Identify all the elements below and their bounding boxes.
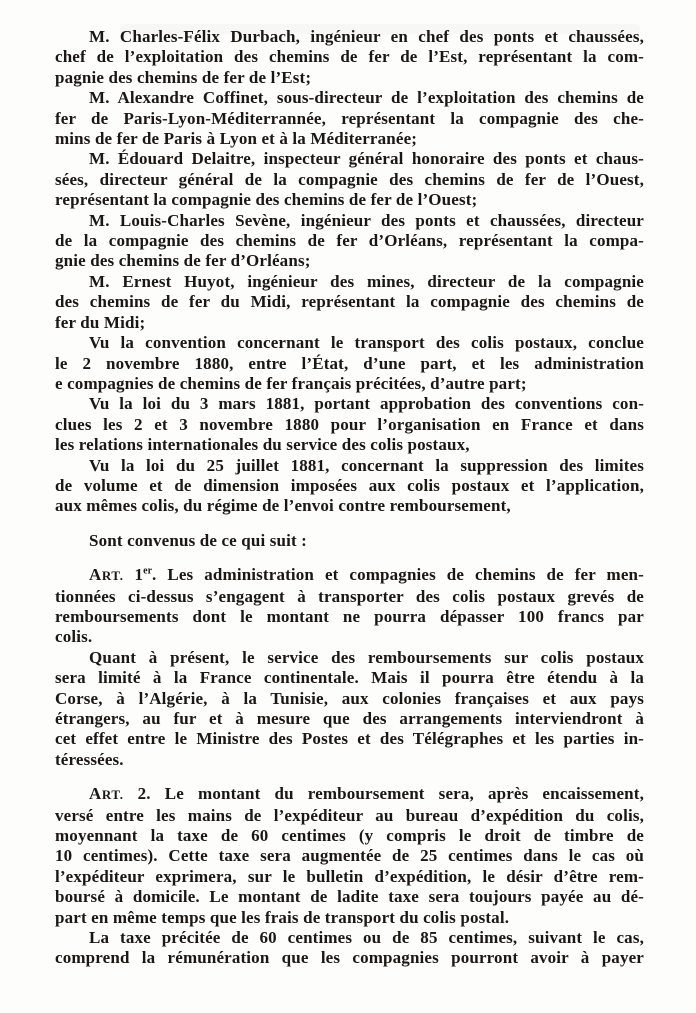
text-line-content: Vu la loi du 25 juillet 1881, concernant…	[89, 456, 644, 475]
text-line-content: M. Louis-Charles Sevène, ingénieur des p…	[89, 211, 644, 230]
party-sevene: M. Louis-Charles Sevène, ingénieur des p…	[55, 211, 644, 272]
text-line: e compagnies de chemins de fer français …	[55, 374, 644, 394]
text-line: Corse, à l’Algérie, à la Tunisie, aux co…	[55, 689, 644, 709]
text-line: ART. 2. Le montant du remboursement sera…	[55, 784, 644, 805]
text-line: boursé à domicile. Le montant de ladite …	[55, 887, 644, 907]
text-line-content: 10 centimes). Cette taxe sera augmentée …	[55, 846, 644, 865]
text-line: Sont convenus de ce qui suit :	[55, 531, 644, 551]
text-line: ART. 1er. Les administration et compagni…	[55, 565, 644, 586]
text-line-content: sées, directeur général de la compagnie …	[55, 170, 644, 189]
article-label-smallcaps: RT.	[102, 787, 124, 802]
text-line: M. Louis-Charles Sevène, ingénieur des p…	[55, 211, 644, 231]
text-line: moyennant la taxe de 60 centimes (y comp…	[55, 826, 644, 846]
text-line: téressées.	[55, 750, 644, 770]
text-line-content: de la compagnie des chemins de fer d’Orl…	[55, 231, 644, 250]
text-line-content: Vu la convention concernant le transport…	[89, 333, 644, 352]
text-line: part en même temps que les frais de tran…	[55, 908, 644, 928]
text-line: chef de l’exploitation des chemins de fe…	[55, 47, 644, 67]
text-line: les relations internationales du service…	[55, 435, 644, 455]
text-line-content: boursé à domicile. Le montant de ladite …	[55, 887, 644, 906]
text-line: fer du Midi;	[55, 313, 644, 333]
text-line: M. Alexandre Coffinet, sous-directeur de…	[55, 88, 644, 108]
article-2: ART. 2. Le montant du remboursement sera…	[55, 784, 644, 928]
text-line-content: remboursements dont le montant ne pourra…	[55, 607, 644, 626]
document-body: M. Charles-Félix Durbach, ingénieur en c…	[55, 27, 644, 969]
recital-loi-3-mars-1881: Vu la loi du 3 mars 1881, portant approb…	[55, 394, 644, 455]
party-delaitre: M. Édouard Delaitre, inspecteur général …	[55, 149, 644, 210]
article-number-ordinal: er	[143, 566, 152, 577]
text-line-content: aux mêmes colis, du régime de l’envoi co…	[55, 496, 511, 515]
text-line: M. Édouard Delaitre, inspecteur général …	[55, 149, 644, 169]
text-line: sées, directeur général de la compagnie …	[55, 170, 644, 190]
text-line-content: part en même temps que les frais de tran…	[55, 908, 509, 927]
text-line: Vu la convention concernant le transport…	[55, 333, 644, 353]
text-line-content: La taxe précitée de 60 centimes ou de 85…	[89, 928, 644, 947]
text-line-content: Quant à présent, le service des rembours…	[89, 648, 644, 667]
text-line-content: les relations internationales du service…	[55, 435, 470, 454]
text-line-content: M. Charles-Félix Durbach, ingénieur en c…	[89, 27, 644, 46]
text-line: versé entre les mains de l’expéditeur au…	[55, 806, 644, 826]
text-line: comprend la rémunération que les compagn…	[55, 948, 644, 968]
text-line-content: e compagnies de chemins de fer français …	[55, 374, 527, 393]
text-line: le 2 novembre 1880, entre l’État, d’une …	[55, 354, 644, 374]
text-line-content: moyennant la taxe de 60 centimes (y comp…	[55, 826, 644, 845]
text-line-content: M. Édouard Delaitre, inspecteur général …	[89, 149, 644, 168]
text-line-content: étrangers, au fur et à mesure que des ar…	[55, 709, 644, 728]
text-line-content: sera limité à la France continentale. Ma…	[55, 668, 644, 687]
text-line: de volume et de dimension imposées aux c…	[55, 476, 644, 496]
agreement-clause: Sont convenus de ce qui suit :	[55, 531, 644, 551]
text-line-content: M. Ernest Huyot, ingénieur des mines, di…	[89, 272, 644, 291]
text-line: gnie des chemins de fer d’Orléans;	[55, 251, 644, 271]
text-line-content: Sont convenus de ce qui suit :	[89, 531, 307, 550]
text-line: tionnées ci-dessus s’engagent à transpor…	[55, 587, 644, 607]
text-line: Vu la loi du 3 mars 1881, portant approb…	[55, 394, 644, 414]
text-line: sera limité à la France continentale. Ma…	[55, 668, 644, 688]
text-line: 10 centimes). Cette taxe sera augmentée …	[55, 846, 644, 866]
text-line-content: Les administration et compagnies de chem…	[167, 565, 644, 584]
text-line-content: clues les 2 et 3 novembre 1880 pour l’or…	[55, 415, 644, 434]
text-line-content: gnie des chemins de fer d’Orléans;	[55, 251, 311, 270]
party-durbach: M. Charles-Félix Durbach, ingénieur en c…	[55, 27, 644, 88]
text-line-content: Le montant du remboursement sera, après …	[165, 784, 644, 803]
article-2-continuation: La taxe précitée de 60 centimes ou de 85…	[55, 928, 644, 969]
text-line: La taxe précitée de 60 centimes ou de 85…	[55, 928, 644, 948]
text-line: M. Ernest Huyot, ingénieur des mines, di…	[55, 272, 644, 292]
text-line-content: tionnées ci-dessus s’engagent à transpor…	[55, 587, 644, 606]
text-line: Vu la loi du 25 juillet 1881, concernant…	[55, 456, 644, 476]
text-line-content: cet effet entre le Ministre des Postes e…	[55, 729, 644, 748]
article-1: ART. 1er. Les administration et compagni…	[55, 565, 644, 648]
text-line-content: colis.	[55, 627, 92, 646]
scanned-document-page: M. Charles-Félix Durbach, ingénieur en c…	[0, 0, 696, 1013]
text-line: l’expéditeur exprimera, sur le bulletin …	[55, 867, 644, 887]
text-line: représentant la compagnie des chemins de…	[55, 190, 644, 210]
text-line-content: téressées.	[55, 750, 124, 769]
party-coffinet: M. Alexandre Coffinet, sous-directeur de…	[55, 88, 644, 149]
text-line: pagnie des chemins de fer de l’Est;	[55, 68, 644, 88]
text-line: étrangers, au fur et à mesure que des ar…	[55, 709, 644, 729]
text-line: mins de fer de Paris à Lyon et à la Médi…	[55, 129, 644, 149]
recital-convention-2-novembre-1880: Vu la convention concernant le transport…	[55, 333, 644, 394]
article-1-continuation: Quant à présent, le service des rembours…	[55, 648, 644, 770]
text-line: aux mêmes colis, du régime de l’envoi co…	[55, 496, 644, 516]
text-line-content: comprend la rémunération que les compagn…	[55, 948, 644, 967]
text-line-content: fer de Paris-Lyon-Méditerrannée, représe…	[55, 109, 644, 128]
article-label: ART.	[89, 784, 124, 803]
text-line-content: pagnie des chemins de fer de l’Est;	[55, 68, 311, 87]
text-line: de la compagnie des chemins de fer d’Orl…	[55, 231, 644, 251]
text-line-content: chef de l’exploitation des chemins de fe…	[55, 47, 644, 66]
text-line-content: représentant la compagnie des chemins de…	[55, 190, 477, 209]
text-line-content: fer du Midi;	[55, 313, 145, 332]
text-line-content: l’expéditeur exprimera, sur le bulletin …	[55, 867, 644, 886]
text-line-content: versé entre les mains de l’expéditeur au…	[55, 806, 644, 825]
recital-loi-25-juillet-1881: Vu la loi du 25 juillet 1881, concernant…	[55, 456, 644, 517]
article-label: ART.	[89, 565, 124, 584]
text-line-content: Vu la loi du 3 mars 1881, portant approb…	[89, 394, 644, 413]
party-huyot: M. Ernest Huyot, ingénieur des mines, di…	[55, 272, 644, 333]
text-line-content: Corse, à l’Algérie, à la Tunisie, aux co…	[55, 689, 644, 708]
text-line-content: de volume et de dimension imposées aux c…	[55, 476, 644, 495]
text-line-content: mins de fer de Paris à Lyon et à la Médi…	[55, 129, 417, 148]
text-line-content: le 2 novembre 1880, entre l’État, d’une …	[55, 354, 644, 373]
text-line-content: des chemins de fer du Midi, représentant…	[55, 292, 644, 311]
text-line: cet effet entre le Ministre des Postes e…	[55, 729, 644, 749]
text-line: M. Charles-Félix Durbach, ingénieur en c…	[55, 27, 644, 47]
text-line: fer de Paris-Lyon-Méditerrannée, représe…	[55, 109, 644, 129]
text-line: clues les 2 et 3 novembre 1880 pour l’or…	[55, 415, 644, 435]
text-line-content: M. Alexandre Coffinet, sous-directeur de…	[89, 88, 644, 107]
article-label-smallcaps: RT.	[102, 568, 124, 583]
text-line: des chemins de fer du Midi, représentant…	[55, 292, 644, 312]
text-line: colis.	[55, 627, 644, 647]
text-line: remboursements dont le montant ne pourra…	[55, 607, 644, 627]
text-line: Quant à présent, le service des rembours…	[55, 648, 644, 668]
